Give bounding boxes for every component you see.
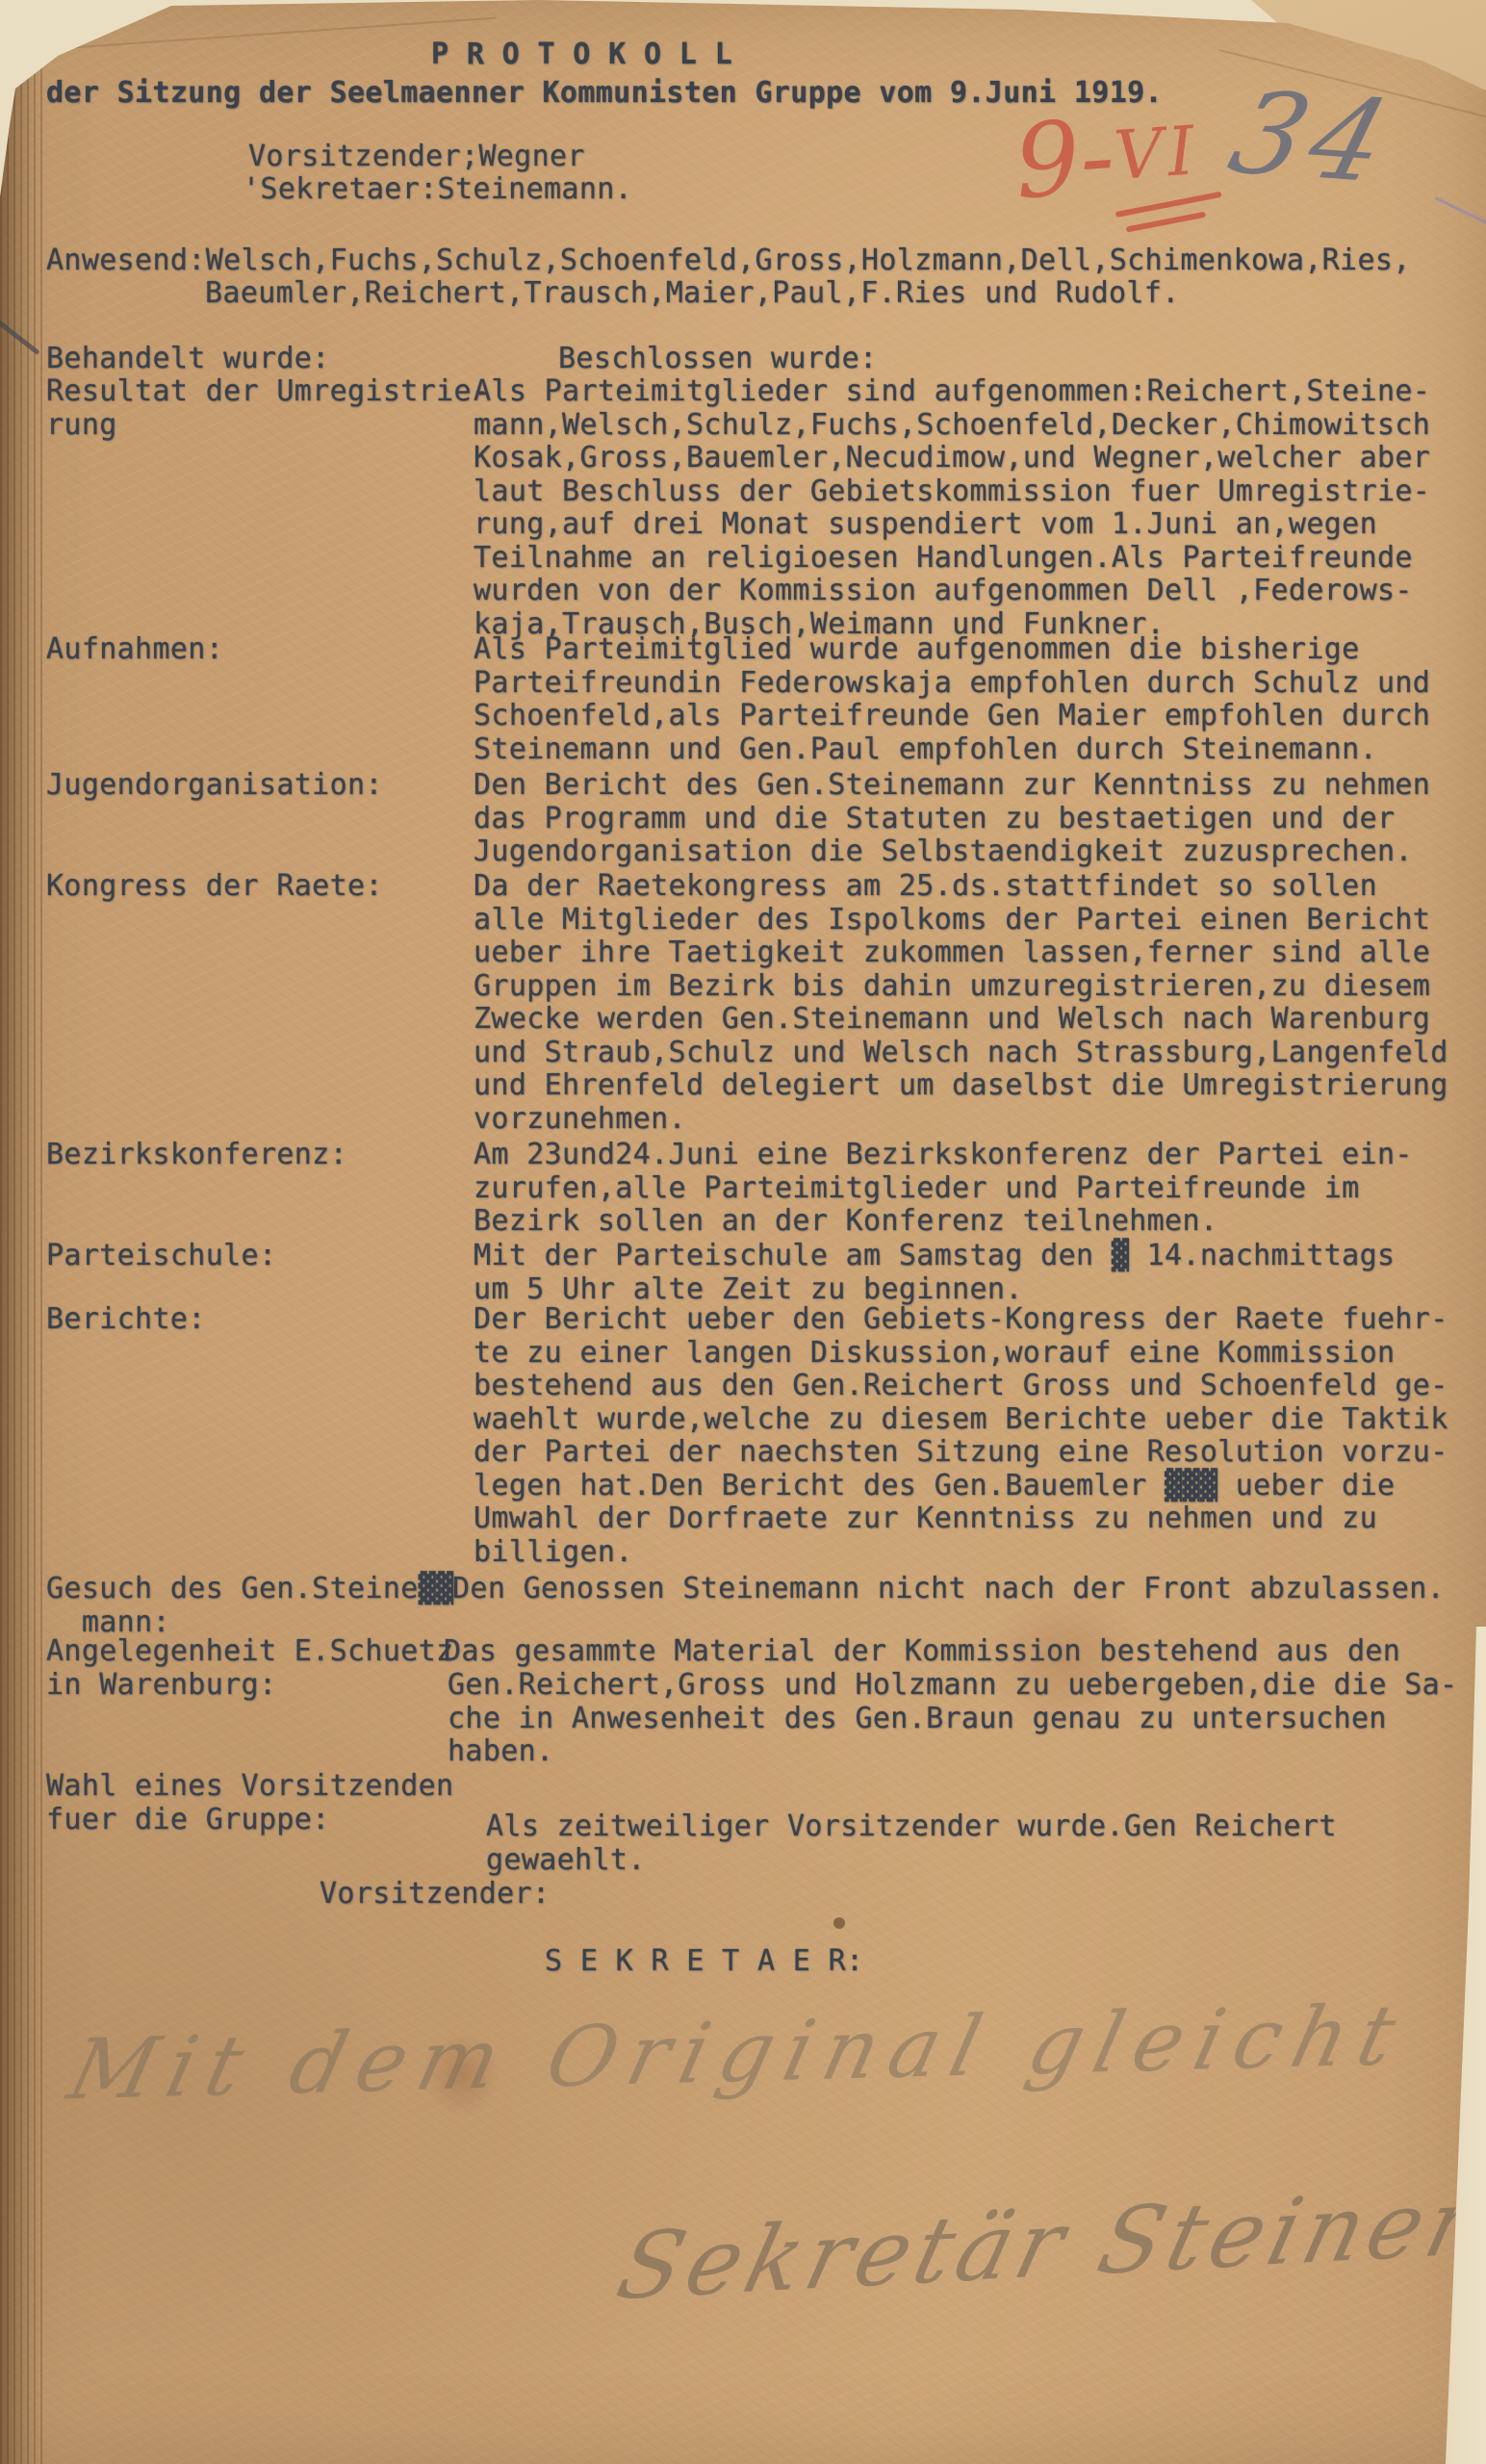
text-wahl: Als zeitweiliger Vorsitzender wurde.Gen … bbox=[486, 1810, 1486, 1877]
label-aufnahmen: Aufnahmen: bbox=[46, 633, 223, 667]
text-berichte: Der Bericht ueber den Gebiets-Kongress d… bbox=[474, 1303, 1486, 1569]
protocol-page: P R O T O K O L L der Sitzung der Seelma… bbox=[0, 0, 1486, 2464]
text-aufnahmen: Als Parteimitglied wurde aufgenommen die… bbox=[474, 633, 1486, 766]
label-wahl: Wahl eines Vorsitzenden fuer die Gruppe: bbox=[46, 1770, 453, 1836]
chairman-line: Vorsitzender;Wegner bbox=[248, 141, 585, 174]
binding-fold-shadow bbox=[0, 0, 44, 2464]
left-column-header: Behandelt wurde: bbox=[46, 343, 330, 376]
label-bezirkskonferenz: Bezirkskonferenz: bbox=[46, 1139, 347, 1172]
text-gesuch: Den Genossen Steinemann nicht nach der F… bbox=[452, 1573, 1486, 1606]
blue-pencil-mark bbox=[1435, 196, 1486, 226]
text-kongress: Da der Raetekongress am 25.ds.stattfinde… bbox=[474, 870, 1486, 1136]
red-date-prefix: 9- bbox=[1011, 96, 1118, 221]
red-underline-2 bbox=[1126, 212, 1207, 233]
red-date-numeral: VI bbox=[1112, 111, 1202, 195]
attendees-line-2: Baeumler,Reichert,Trausch,Maier,Paul,F.R… bbox=[205, 277, 1180, 311]
red-date-annotation: 9-VI bbox=[1012, 96, 1252, 256]
text-parteischule: Mit der Parteischule am Samstag den ▓ 14… bbox=[474, 1240, 1486, 1306]
right-column-header: Beschlossen wurde: bbox=[558, 343, 877, 376]
label-angelegenheit: Angelegenheit E.Schuetz in Warenburg: bbox=[46, 1635, 453, 1702]
label-parteischule: Parteischule: bbox=[46, 1240, 276, 1273]
text-angelegenheit-line1: Das gesammte Material der Kommission bes… bbox=[444, 1635, 1486, 1669]
handwritten-certification-note: Mit dem Original gleicht bbox=[62, 1994, 1416, 2113]
label-kongress: Kongress der Raete: bbox=[46, 870, 383, 904]
attendees-line-1: Anwesend:Welsch,Fuchs,Schulz,Schoenfeld,… bbox=[46, 244, 1411, 278]
text-resultat: Als Parteimitglieder sind aufgenommen:Re… bbox=[474, 375, 1486, 641]
document-scan: { "document": { "title": "P R O T O K O … bbox=[0, 0, 1486, 2464]
page-subtitle: der Sitzung der Seelmaenner Kommunisten … bbox=[46, 77, 1163, 111]
text-jugendorganisation: Den Bericht des Gen.Steinemann zur Kennt… bbox=[474, 769, 1486, 869]
label-jugendorganisation: Jugendorganisation: bbox=[46, 769, 383, 803]
text-angelegenheit-rest: Gen.Reichert,Gross und Holzmann zu ueber… bbox=[448, 1669, 1486, 1769]
label-resultat: Resultat der Umregistrie- rung bbox=[46, 375, 489, 442]
closing-chairman-label: Vorsitzender: bbox=[320, 1878, 550, 1912]
secretary-line: 'Sekretaer:Steinemann. bbox=[243, 173, 632, 207]
text-bezirkskonferenz: Am 23und24.Juni eine Bezirkskonferenz de… bbox=[474, 1139, 1486, 1239]
top-left-crease bbox=[45, 17, 497, 51]
page-title: P R O T O K O L L bbox=[431, 38, 732, 72]
stain-dot bbox=[833, 1917, 845, 1929]
closing-secretary-label: S E K R E T A E R: bbox=[545, 1945, 863, 1979]
handwritten-secretary-signature: Sekretär Steinemann bbox=[609, 2166, 1486, 2315]
red-underline-1 bbox=[1115, 192, 1222, 218]
label-berichte: Berichte: bbox=[46, 1303, 206, 1337]
pencil-page-number: 34 bbox=[1219, 77, 1405, 199]
label-gesuch: Gesuch des Gen.Steine▓▓ mann: bbox=[46, 1573, 453, 1639]
